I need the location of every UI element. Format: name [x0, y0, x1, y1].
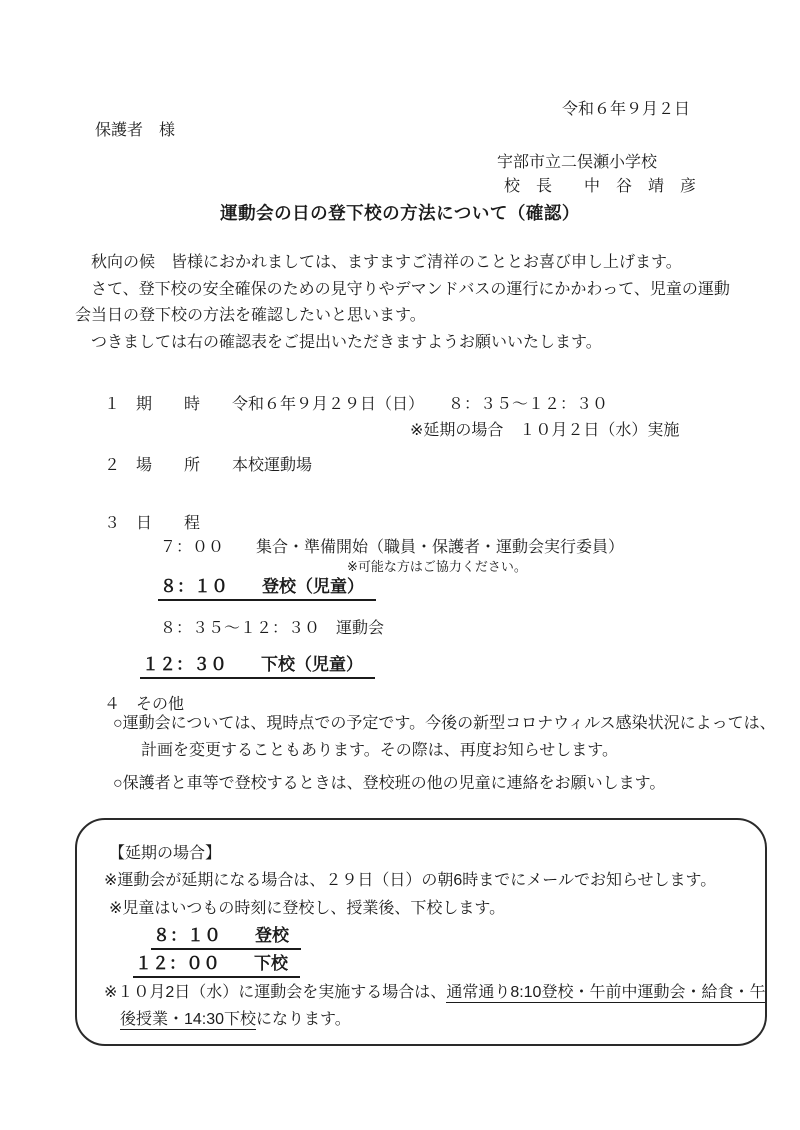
intro-paragraph-greeting: 秋向の候 皆様におかれましては、ますますご清祥のこととお喜び申し上げます。 [75, 250, 739, 277]
item3-schedule-label: ３ 日 程 [104, 510, 200, 533]
item4-note-car-arrival: ○保護者と車等で登校するときは、登校班の他の児童に連絡をお願いします。 [113, 770, 665, 793]
school-name: 宇部市立二俣瀬小学校 [497, 149, 657, 172]
document-page: 令和６年９月２日 保護者 様 宇部市立二俣瀬小学校 校 長 中 谷 靖 彦 運動… [0, 0, 800, 1130]
postponement-box-heading: 【延期の場合】 [109, 840, 221, 863]
item4-note-plan-change: ○運動会については、現時点での予定です。今後の新型コロナウィルス感染状況によって… [113, 711, 779, 764]
postponement-oct2-note: ※１０月2日（水）に運動会を実施する場合は、通常通り8:10登校・午前中運動会・… [104, 979, 772, 1033]
addressee: 保護者 様 [95, 117, 175, 140]
intro-paragraph-purpose: さて、登下校の安全確保のための見守りやデマンドバスの運行にかかわって、児童の運動… [75, 277, 739, 330]
principal-name: 校 長 中 谷 靖 彦 [504, 173, 696, 196]
oct2-note-prefix: ※１０月2日（水）に運動会を実施する場合は、 [104, 984, 446, 1001]
postponement-dismissal-text: １２：００ 下校 [133, 949, 300, 978]
document-date: 令和６年９月２日 [562, 96, 690, 119]
postponement-mail-note: ※運動会が延期になる場合は、２９日（日）の朝6時までにメールでお知らせします。 [104, 867, 716, 890]
postponement-usual-note: ※児童はいつもの時刻に登校し、授業後、下校します。 [109, 895, 505, 918]
postponement-box: 【延期の場合】 ※運動会が延期になる場合は、２９日（日）の朝6時までにメールでお… [75, 818, 767, 1046]
intro-paragraphs: 秋向の候 皆様におかれましては、ますますご清祥のこととお喜び申し上げます。 さて… [75, 250, 739, 356]
item1-postponement-note: ※延期の場合 １０月２日（水）実施 [410, 417, 679, 440]
schedule-row-dismissal: １２：３０ 下校（児童） [140, 650, 375, 679]
schedule-row-assembly: ７：００ 集合・準備開始（職員・保護者・運動会実行委員） [160, 534, 624, 557]
intro-paragraph-request: つきましては右の確認表をご提出いただきますようお願いいたします。 [75, 330, 739, 357]
schedule-row-event: ８：３５～１２：３０ 運動会 [160, 615, 384, 638]
item1-date-time-line: １ 期 時 令和６年９月２９日（日） ８：３５～１２：３０ [104, 391, 608, 414]
schedule-row-arrival: ８：１０ 登校（児童） [158, 572, 376, 601]
postponement-time-arrival: ８：１０ 登校 [151, 921, 301, 950]
schedule-arrival-text: ８：１０ 登校（児童） [158, 572, 376, 601]
schedule-dismissal-text: １２：３０ 下校（児童） [140, 650, 375, 679]
postponement-time-dismissal: １２：００ 下校 [133, 949, 300, 978]
document-title: 運動会の日の登下校の方法について（確認） [0, 200, 800, 225]
item2-place-line: ２ 場 所 本校運動場 [104, 452, 312, 475]
oct2-note-suffix: になります。 [256, 1011, 351, 1028]
postponement-arrival-text: ８：１０ 登校 [151, 921, 301, 950]
